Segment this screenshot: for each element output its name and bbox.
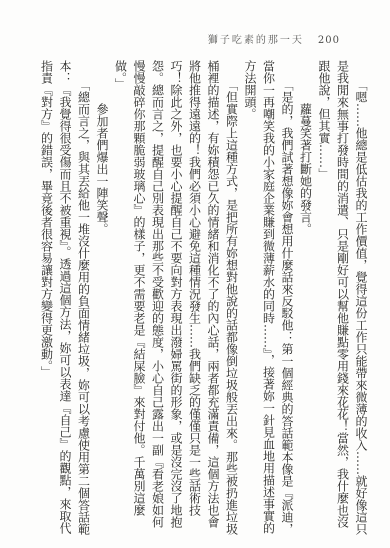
book-title: 獅子吃素的那一天 [208,31,304,46]
paragraph-dialogue-4: 「總而言之，與其丟給他一堆沒什麼用的負面情緒垃圾，妳可以考慮使用第二個答話範本：… [37,60,93,536]
book-page: 獅子吃素的那一天 200 「嗯……他總是低估我的工作價值，覺得這份工作只能帶來微… [0,0,390,548]
running-head: 獅子吃素的那一天 200 [208,31,340,46]
page-body-vertical-text: 「嗯……他總是低估我的工作價值，覺得這份工作只能帶來微薄的收入……就好像這只是我… [37,60,370,536]
paragraph-narration-1: 蘿蔓笑著打斷她的發言。 [296,60,315,536]
paragraph-narration-2: 參加者們爆出一陣笑聲。 [93,60,112,536]
paragraph-dialogue-3: 「但實際上這種方式，是把所有妳想對他說的話都像倒垃圾般丟出來。那些被扔進垃圾桶裡… [111,60,241,536]
page-number: 200 [318,35,340,46]
paragraph-dialogue-2: 「是的，我們試著想像妳會想用什麼話來反駁他：第一個經典的答話範本像是『派迪，當你… [241,60,297,536]
paragraph-dialogue-1: 「嗯……他總是低估我的工作價值，覺得這份工作只能帶來微薄的收入……就好像這只是我… [315,60,371,536]
